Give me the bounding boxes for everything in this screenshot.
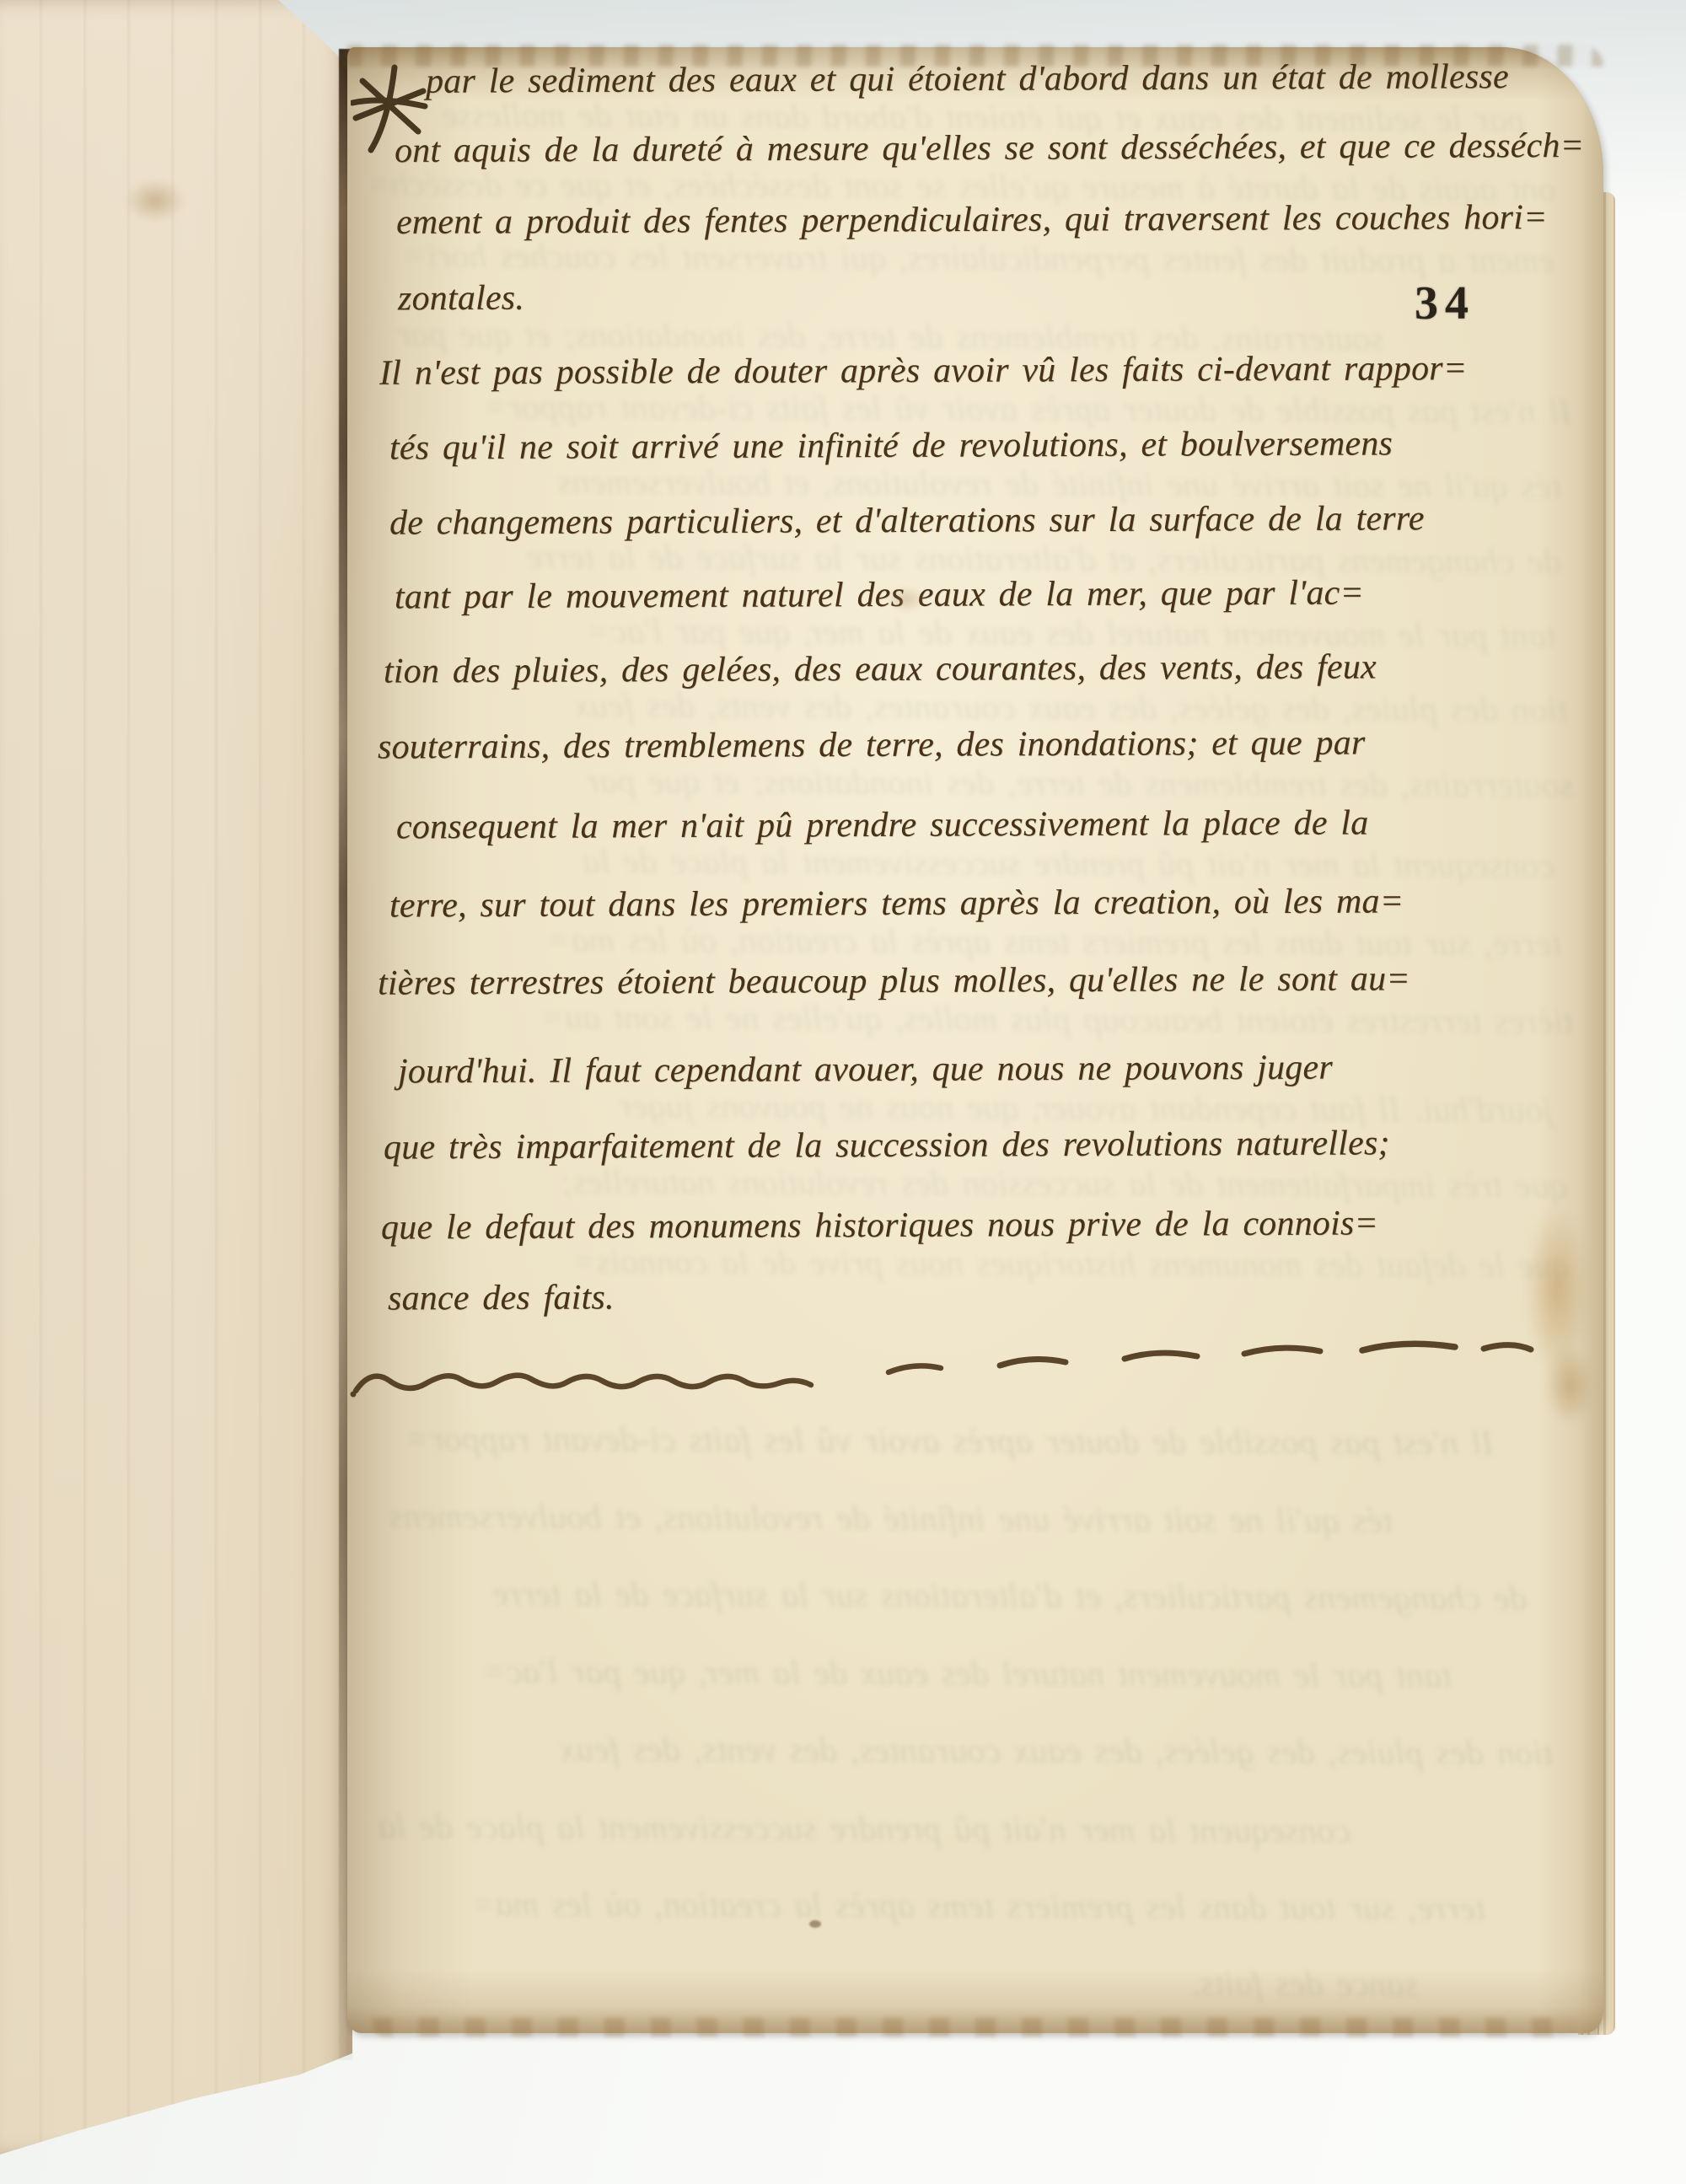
manuscript-line: souterrains, des tremblemens de terre, d… xyxy=(378,722,1366,767)
book-spread-scan: par le sediment des eaux et qui étoient … xyxy=(0,0,1686,2184)
manuscript-line: consequent la mer n'ait pû prendre succe… xyxy=(396,802,1369,847)
bleed-through-line: consequent la mer n'ait pû prendre succe… xyxy=(379,1806,1351,1851)
bleed-through-line: tion des pluies, des gelées, des eaux co… xyxy=(560,1729,1553,1773)
bleed-through-line: que le defaut des monumens historiques n… xyxy=(572,1242,1570,1286)
bleed-through-line: ement a produit des fentes perpendiculai… xyxy=(403,236,1554,282)
bleed-through-line: tières terrestres étoient beaucoup plus … xyxy=(540,997,1573,1042)
manuscript-line: tières terrestres étoient beaucoup plus … xyxy=(378,958,1410,1003)
manuscript-line: que très imparfaitement de la succession… xyxy=(384,1123,1390,1167)
bleed-through-line: tant par le mouvement naturel des eaux d… xyxy=(482,1651,1452,1696)
stain xyxy=(809,1920,821,1928)
manuscript-line: de changemens particuliers, et d'alterat… xyxy=(389,498,1425,543)
flyleaf-crease-texture xyxy=(0,0,352,2154)
bleed-through-line: sance des faits. xyxy=(1191,1963,1418,2004)
bleed-through-text: par le sediment des eaux et qui étoient … xyxy=(347,47,1603,2033)
bleed-through-line: consequent la mer n'ait pû prendre succe… xyxy=(583,841,1555,886)
manuscript-line: tant par le mouvement naturel des eaux d… xyxy=(395,572,1364,617)
manuscript-line: par le sediment des eaux et qui étoient … xyxy=(426,56,1509,102)
bleed-through-line: tés qu'il ne soit arrivé une infinité de… xyxy=(389,1496,1393,1541)
manuscript-line: jourd'hui. Il faut cependant avouer, que… xyxy=(398,1048,1333,1092)
manuscript-line: tés qu'il ne soit arrivé une infinité de… xyxy=(389,423,1393,468)
manuscript-page: par le sediment des eaux et qui étoient … xyxy=(347,47,1603,2033)
bleed-through-line: Il n'est pas possible de douter après av… xyxy=(406,1419,1495,1464)
page-number: 34 xyxy=(1415,276,1475,330)
manuscript-line: que le defaut des monumens historiques n… xyxy=(381,1203,1378,1248)
bleed-through-text: Il n'est pas possible de douter après av… xyxy=(347,47,1603,2033)
bleed-through-line: que très imparfaitement de la succession… xyxy=(561,1162,1567,1206)
wavy-end-rule xyxy=(349,1330,1546,1414)
bleed-through-line: souterrains, des tremblemens de terre, d… xyxy=(585,761,1573,806)
manuscript-line: ement a produit des fentes perpendiculai… xyxy=(396,197,1548,243)
manuscript-line: zontales. xyxy=(398,278,524,319)
manuscript-line: ont aquis de la dureté à mesure qu'elles… xyxy=(395,126,1584,171)
stain xyxy=(1544,1345,1595,1425)
flyleaf-page xyxy=(0,0,352,2154)
manuscript-line: tion des pluies, des gelées, des eaux co… xyxy=(384,647,1377,691)
manuscript-line: sance des faits. xyxy=(388,1277,615,1318)
bleed-through-line: terre, sur tout dans les premiers tems a… xyxy=(471,1884,1485,1929)
manuscript-line: terre, sur tout dans les premiers tems a… xyxy=(389,881,1404,926)
bleed-through-line: de changemens particuliers, et d'alterat… xyxy=(492,1574,1528,1618)
stain xyxy=(125,179,185,223)
manuscript-line: Il n'est pas possible de douter après av… xyxy=(379,348,1468,394)
